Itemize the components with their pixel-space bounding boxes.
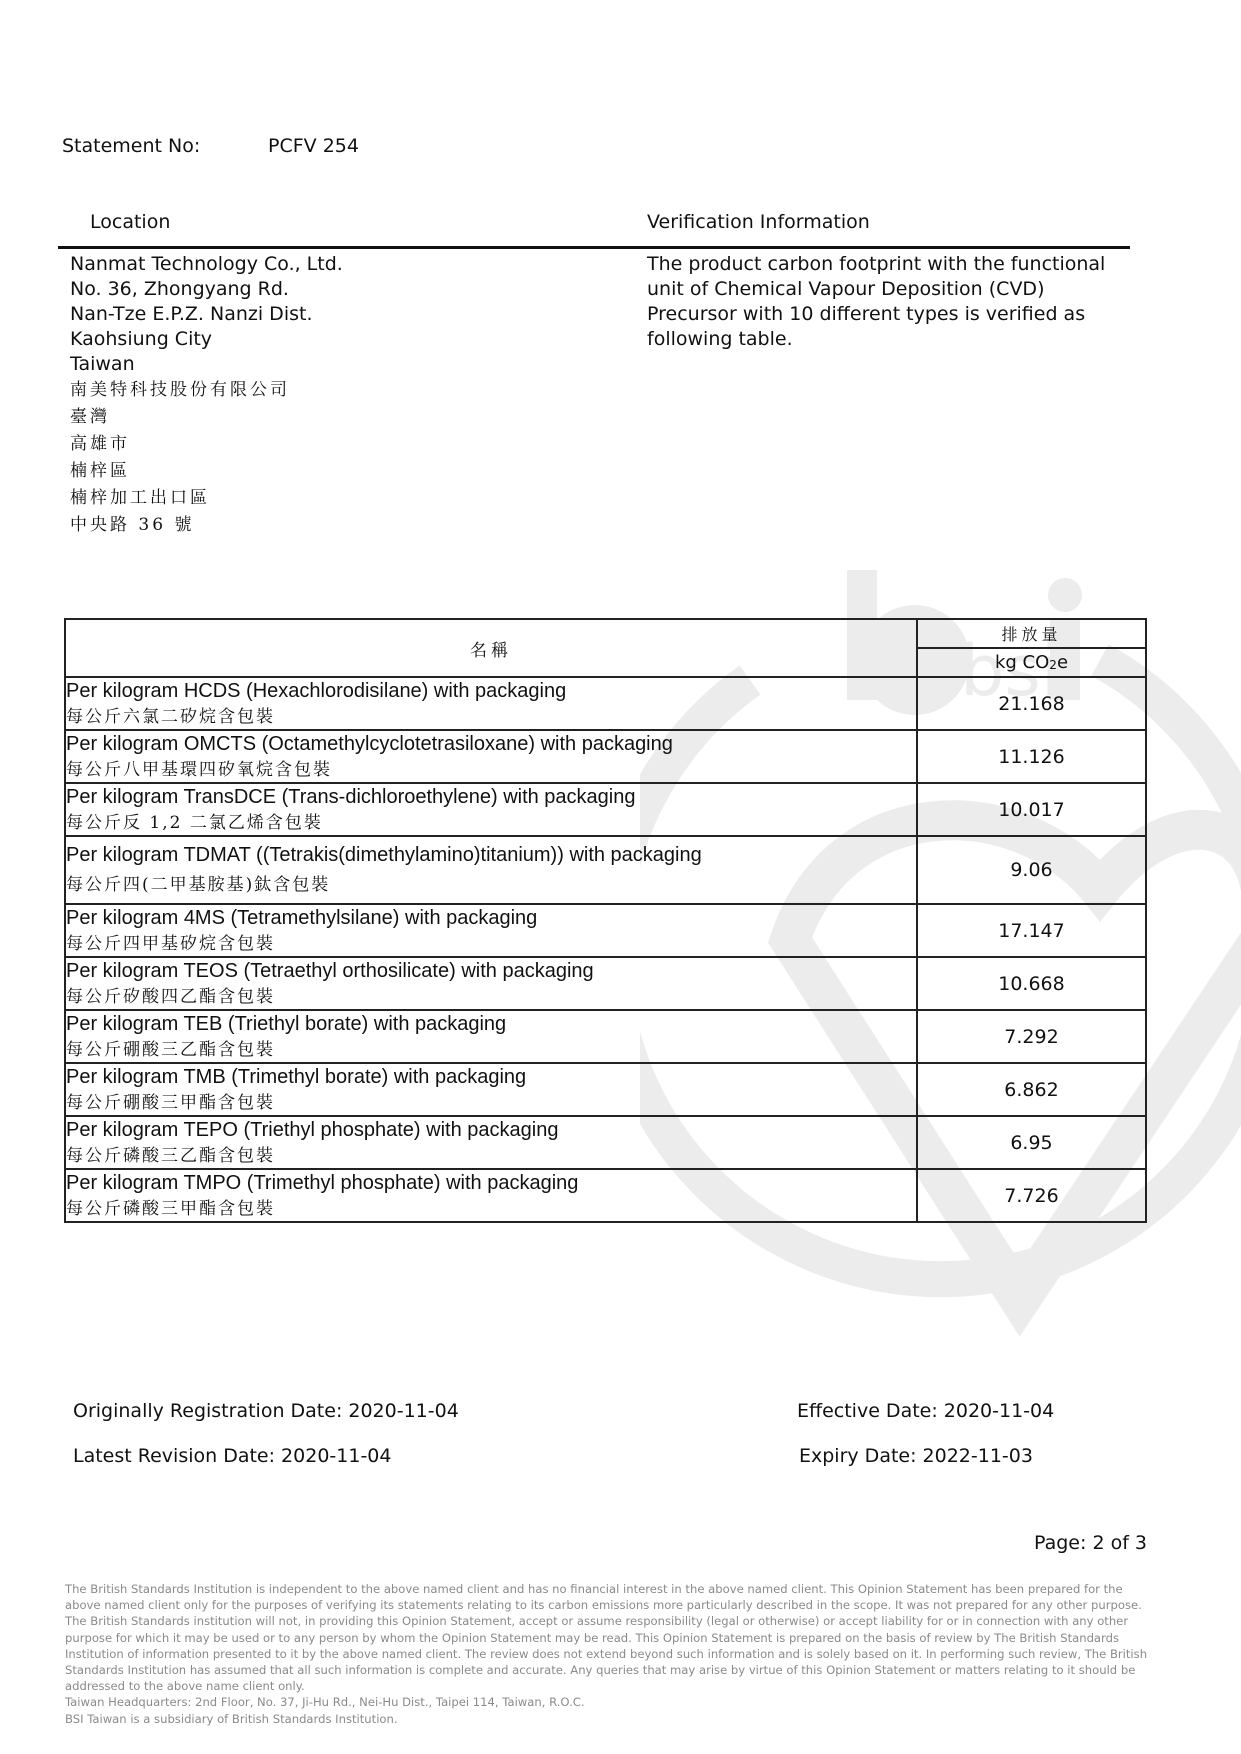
product-name-en: Per kilogram TDMAT ((Tetrakis(dimethylam… bbox=[66, 837, 916, 873]
headquarters-address: Taiwan Headquarters: 2nd Floor, No. 37, … bbox=[65, 1694, 1155, 1710]
address-line: Nan-Tze E.P.Z. Nanzi Dist. bbox=[70, 302, 343, 327]
page-number: Page: 2 of 3 bbox=[1034, 1532, 1147, 1554]
product-name-en: Per kilogram OMCTS (Octamethylcyclotetra… bbox=[66, 731, 916, 758]
product-name-zh: 每公斤磷酸三甲酯含包裝 bbox=[66, 1197, 916, 1221]
emissions-table: 名稱 排放量 kg CO2e Per kilogram HCDS (Hexach… bbox=[64, 618, 1147, 1223]
column-header-emission: 排放量 bbox=[917, 619, 1146, 648]
product-name-cell: Per kilogram TDMAT ((Tetrakis(dimethylam… bbox=[65, 836, 917, 904]
table-row: Per kilogram TransDCE (Trans-dichloroeth… bbox=[65, 783, 1146, 836]
statement-number-value: PCFV 254 bbox=[268, 135, 359, 157]
disclaimer: The British Standards Institution is ind… bbox=[65, 1581, 1155, 1727]
table-row: Per kilogram HCDS (Hexachlorodisilane) w… bbox=[65, 677, 1146, 730]
product-name-zh: 每公斤矽酸四乙酯含包裝 bbox=[66, 985, 916, 1009]
emission-value: 6.862 bbox=[917, 1063, 1146, 1116]
product-name-zh: 每公斤八甲基環四矽氧烷含包裝 bbox=[66, 758, 916, 782]
address-line: Taiwan bbox=[70, 352, 343, 377]
address-line-zh: 南美特科技股份有限公司 bbox=[70, 377, 343, 404]
product-name-zh: 每公斤硼酸三甲酯含包裝 bbox=[66, 1091, 916, 1115]
table-row: Per kilogram TDMAT ((Tetrakis(dimethylam… bbox=[65, 836, 1146, 904]
product-name-cell: Per kilogram TransDCE (Trans-dichloroeth… bbox=[65, 783, 917, 836]
product-name-zh: 每公斤磷酸三乙酯含包裝 bbox=[66, 1144, 916, 1168]
emission-value: 11.126 bbox=[917, 730, 1146, 783]
product-name-en: Per kilogram TMPO (Trimethyl phosphate) … bbox=[66, 1170, 916, 1197]
product-name-cell: Per kilogram TMB (Trimethyl borate) with… bbox=[65, 1063, 917, 1116]
product-name-cell: Per kilogram TEPO (Triethyl phosphate) w… bbox=[65, 1116, 917, 1169]
table-row: Per kilogram OMCTS (Octamethylcyclotetra… bbox=[65, 730, 1146, 783]
emission-value: 10.017 bbox=[917, 783, 1146, 836]
product-name-cell: Per kilogram 4MS (Tetramethylsilane) wit… bbox=[65, 904, 917, 957]
product-name-zh: 每公斤六氯二矽烷含包裝 bbox=[66, 705, 916, 729]
latest-revision-date: Latest Revision Date: 2020-11-04 bbox=[73, 1445, 391, 1467]
product-name-zh: 每公斤反 1,2 二氯乙烯含包裝 bbox=[66, 811, 916, 835]
emission-value: 9.06 bbox=[917, 836, 1146, 904]
address-line: Kaohsiung City bbox=[70, 327, 343, 352]
address-line-zh: 高雄市 bbox=[70, 431, 343, 458]
verification-heading: Verification Information bbox=[647, 211, 870, 233]
product-name-cell: Per kilogram TMPO (Trimethyl phosphate) … bbox=[65, 1169, 917, 1222]
product-name-en: Per kilogram TEOS (Tetraethyl orthosilic… bbox=[66, 958, 916, 985]
column-header-unit: kg CO2e bbox=[917, 648, 1146, 677]
emission-value: 6.95 bbox=[917, 1116, 1146, 1169]
product-name-en: Per kilogram HCDS (Hexachlorodisilane) w… bbox=[66, 678, 916, 705]
table-row: Per kilogram TEPO (Triethyl phosphate) w… bbox=[65, 1116, 1146, 1169]
table-row: Per kilogram TEOS (Tetraethyl orthosilic… bbox=[65, 957, 1146, 1010]
address-line-zh: 楠梓區 bbox=[70, 458, 343, 485]
statement-number-label: Statement No: bbox=[62, 135, 200, 157]
address-line-zh: 臺灣 bbox=[70, 404, 343, 431]
expiry-date: Expiry Date: 2022-11-03 bbox=[799, 1445, 1033, 1467]
effective-date: Effective Date: 2020-11-04 bbox=[797, 1400, 1054, 1422]
product-name-cell: Per kilogram TEOS (Tetraethyl orthosilic… bbox=[65, 957, 917, 1010]
header-divider bbox=[58, 246, 1130, 249]
subsidiary-note: BSI Taiwan is a subsidiary of British St… bbox=[65, 1711, 1155, 1727]
address-line: No. 36, Zhongyang Rd. bbox=[70, 277, 343, 302]
table-row: Per kilogram TMPO (Trimethyl phosphate) … bbox=[65, 1169, 1146, 1222]
product-name-zh: 每公斤四甲基矽烷含包裝 bbox=[66, 932, 916, 956]
table-row: Per kilogram 4MS (Tetramethylsilane) wit… bbox=[65, 904, 1146, 957]
emission-value: 7.292 bbox=[917, 1010, 1146, 1063]
table-row: Per kilogram TEB (Triethyl borate) with … bbox=[65, 1010, 1146, 1063]
product-name-cell: Per kilogram HCDS (Hexachlorodisilane) w… bbox=[65, 677, 917, 730]
product-name-en: Per kilogram TransDCE (Trans-dichloroeth… bbox=[66, 784, 916, 811]
location-address: Nanmat Technology Co., Ltd. No. 36, Zhon… bbox=[70, 252, 343, 539]
product-name-zh: 每公斤硼酸三乙酯含包裝 bbox=[66, 1038, 916, 1062]
product-name-en: Per kilogram TEB (Triethyl borate) with … bbox=[66, 1011, 916, 1038]
product-name-en: Per kilogram TMB (Trimethyl borate) with… bbox=[66, 1064, 916, 1091]
address-line-zh: 中央路 36 號 bbox=[70, 512, 343, 539]
emission-value: 17.147 bbox=[917, 904, 1146, 957]
address-line-zh: 楠梓加工出口區 bbox=[70, 485, 343, 512]
disclaimer-paragraph: The British Standards Institution is ind… bbox=[65, 1581, 1155, 1694]
emission-value: 10.668 bbox=[917, 957, 1146, 1010]
verification-text: The product carbon footprint with the fu… bbox=[647, 252, 1117, 352]
product-name-en: Per kilogram TEPO (Triethyl phosphate) w… bbox=[66, 1117, 916, 1144]
product-name-cell: Per kilogram TEB (Triethyl borate) with … bbox=[65, 1010, 917, 1063]
emission-value: 21.168 bbox=[917, 677, 1146, 730]
product-name-zh: 每公斤四(二甲基胺基)鈦含包裝 bbox=[66, 873, 916, 897]
column-header-name: 名稱 bbox=[65, 619, 917, 677]
address-line: Nanmat Technology Co., Ltd. bbox=[70, 252, 343, 277]
location-heading: Location bbox=[90, 211, 170, 233]
product-name-en: Per kilogram 4MS (Tetramethylsilane) wit… bbox=[66, 905, 916, 932]
table-row: Per kilogram TMB (Trimethyl borate) with… bbox=[65, 1063, 1146, 1116]
emission-value: 7.726 bbox=[917, 1169, 1146, 1222]
original-registration-date: Originally Registration Date: 2020-11-04 bbox=[73, 1400, 459, 1422]
product-name-cell: Per kilogram OMCTS (Octamethylcyclotetra… bbox=[65, 730, 917, 783]
